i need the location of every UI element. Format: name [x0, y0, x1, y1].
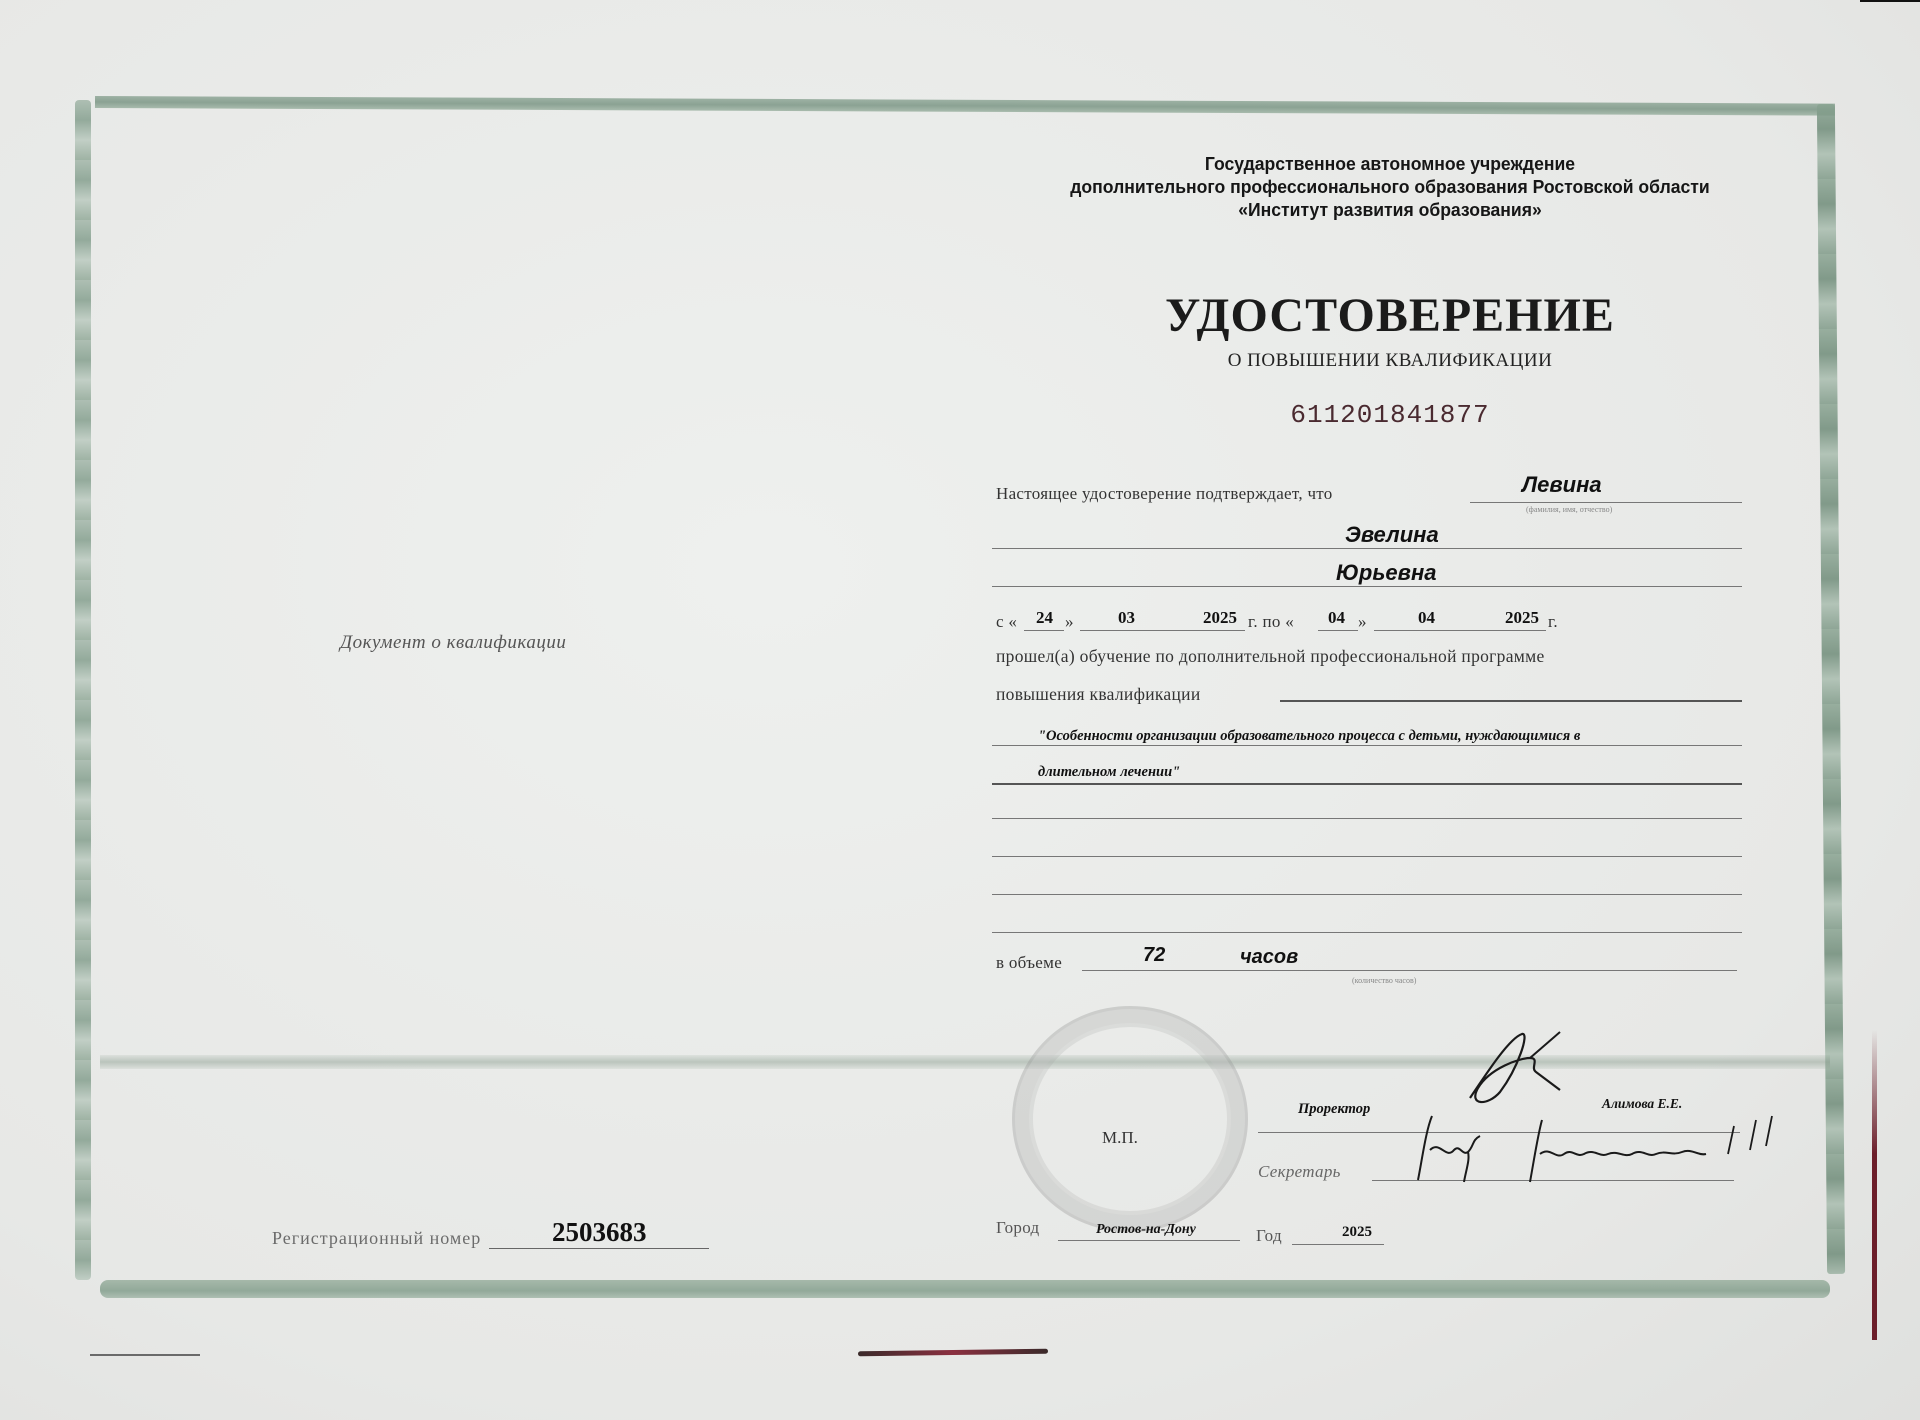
from-day-line [1024, 630, 1064, 631]
city-value: Ростов-на-Дону [1096, 1222, 1196, 1238]
period-to-year: 2025 [1505, 608, 1539, 628]
year-label: Год [1256, 1226, 1282, 1246]
to-day-line [1318, 630, 1358, 631]
document-type-caption: Документ о квалификации [340, 632, 566, 654]
from-month-year-line [1080, 630, 1245, 631]
volume-line [1082, 970, 1737, 971]
period-from-year: 2025 [1203, 608, 1237, 628]
holder-patronymic: Юрьевна [1336, 560, 1436, 586]
city-label: Город [996, 1218, 1040, 1238]
frame-border-left [75, 100, 91, 1280]
holder-first-name: Эвелина [1345, 522, 1439, 548]
volume-unit: часов [1240, 946, 1298, 969]
volume-hint: (количество часов) [1352, 976, 1416, 985]
period-from-month: 03 [1118, 608, 1135, 628]
org-line-2: дополнительного профессионального образо… [1020, 175, 1761, 198]
patronymic-line [992, 586, 1742, 587]
program-label-2: повышения квалификации [996, 684, 1201, 705]
program-label-1: прошел(а) обучение по дополнительной про… [996, 646, 1545, 667]
edge-mark [90, 1354, 200, 1356]
org-line-1: Государственное автономное учреждение [1020, 152, 1761, 175]
prorector-signature [1460, 1028, 1590, 1108]
program-name-1: "Особенности организации образовательног… [1038, 728, 1580, 745]
secretary-label: Секретарь [1258, 1162, 1341, 1182]
organization-name: Государственное автономное учреждение до… [1020, 152, 1761, 221]
window-edge [1860, 0, 1920, 2]
blank-line-1 [992, 818, 1742, 819]
registration-number: 2503683 [489, 1218, 709, 1249]
cover-edge-mark [1872, 1030, 1877, 1340]
blank-line-4 [992, 932, 1742, 933]
holder-surname: Левина [1522, 472, 1602, 498]
blank-line-3 [992, 894, 1742, 895]
first-name-line [992, 548, 1742, 549]
registration-label: Регистрационный номер [272, 1228, 481, 1249]
stamp-label: М.П. [1102, 1128, 1138, 1148]
program-name-line-1 [992, 745, 1742, 746]
holder-intro: Настоящее удостоверение подтверждает, чт… [996, 484, 1333, 504]
program-name-2: длительном лечении" [1038, 764, 1180, 781]
period-to-day: 04 [1328, 608, 1345, 628]
year-line [1292, 1244, 1384, 1245]
frame-border-bottom [100, 1280, 1830, 1298]
surname-line [1470, 502, 1742, 503]
secretary-signature [1410, 1110, 1810, 1190]
period-from-day: 24 [1036, 608, 1053, 628]
to-month-year-line [1374, 630, 1546, 631]
volume-label: в объеме [996, 953, 1062, 973]
year-value: 2025 [1342, 1224, 1372, 1241]
period-to-prefix: г. по « [1248, 612, 1294, 632]
certificate-title: УДОСТОВЕРЕНИЕ [1140, 288, 1640, 343]
blank-line-2 [992, 856, 1742, 857]
city-line [1058, 1240, 1240, 1241]
program-name-line-2 [992, 783, 1742, 785]
period-to-month: 04 [1418, 608, 1435, 628]
registration-number-row: Регистрационный номер 2503683 [272, 1218, 709, 1249]
period-to-quote: » [1358, 612, 1367, 632]
volume-hours: 72 [1143, 944, 1165, 967]
period-from-quote: » [1065, 612, 1074, 632]
prorector-label: Проректор [1298, 1101, 1370, 1118]
period-year-suffix: г. [1548, 612, 1558, 632]
program-label-line [1280, 700, 1742, 702]
period-from-prefix: с « [996, 612, 1017, 632]
serial-number: 611201841877 [1140, 400, 1640, 430]
org-line-3: «Институт развития образования» [1020, 198, 1761, 221]
name-hint: (фамилия, имя, отчество) [1526, 505, 1612, 514]
stamp-circle [1012, 1006, 1248, 1232]
certificate-subtitle: О ПОВЫШЕНИИ КВАЛИФИКАЦИИ [1140, 350, 1640, 372]
